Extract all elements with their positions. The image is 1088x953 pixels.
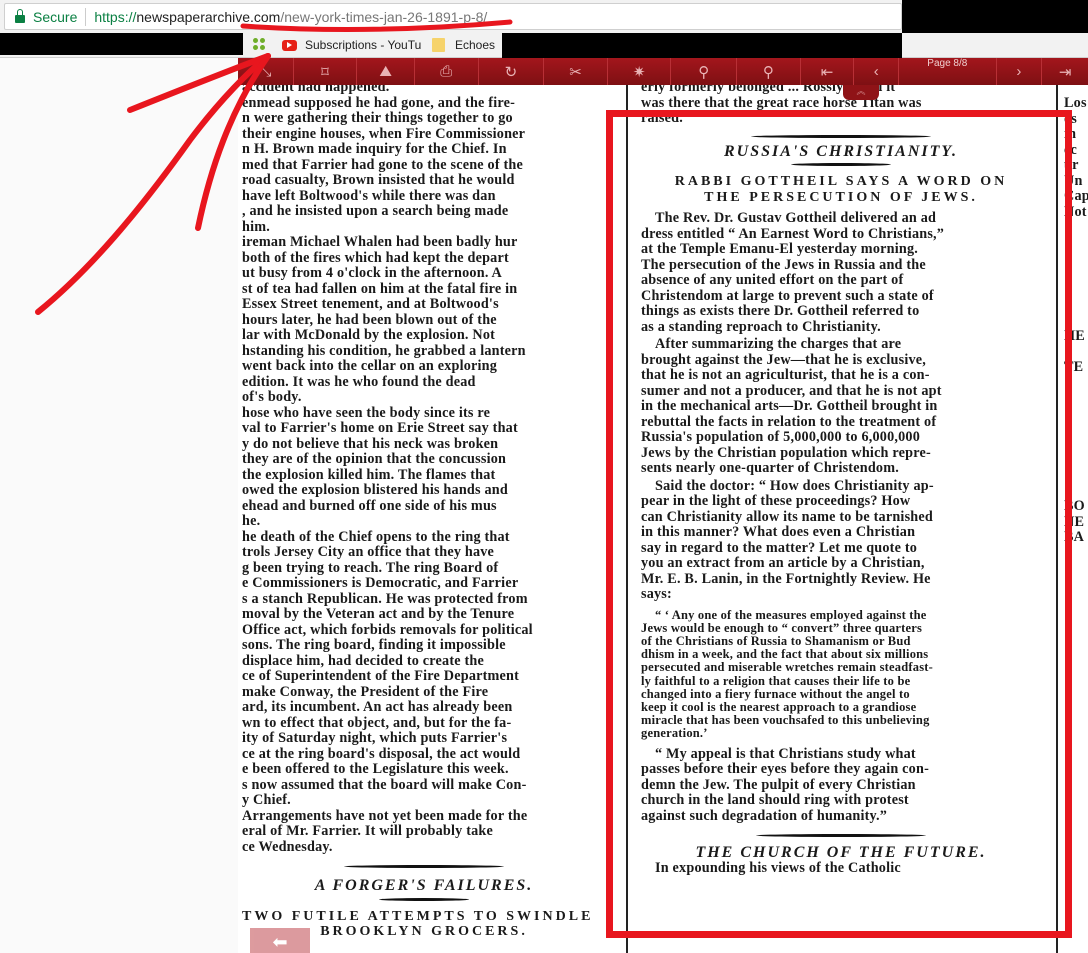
annotation-arrow <box>0 0 1088 953</box>
